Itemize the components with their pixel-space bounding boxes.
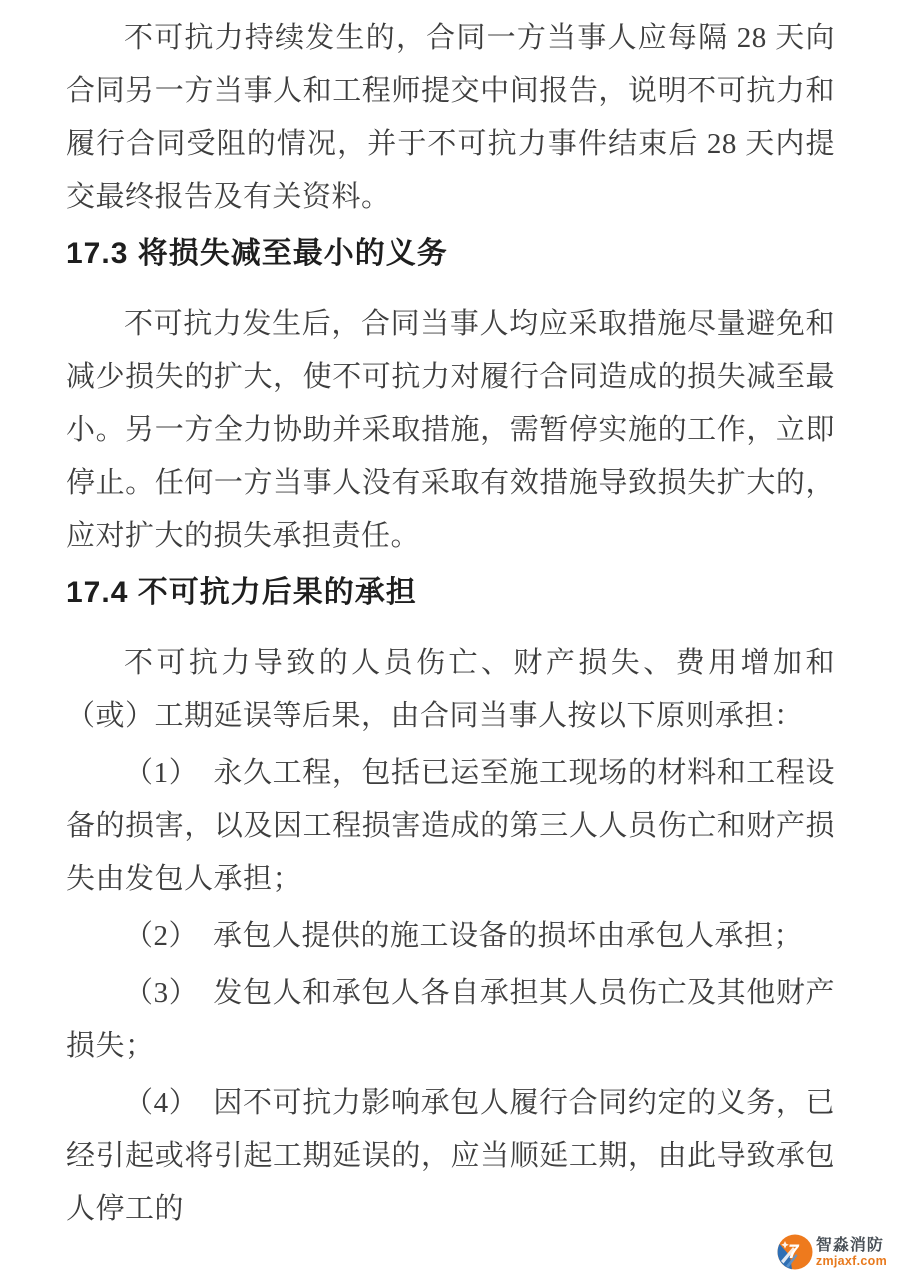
watermark-site-url: zmjaxf.com	[816, 1254, 887, 1268]
watermark-text: 智淼消防 zmjaxf.com	[816, 1237, 887, 1268]
svg-text:7: 7	[788, 1242, 800, 1263]
section-heading-17-4: 17.4 不可抗力后果的承担	[66, 571, 835, 615]
paragraph-minimize-losses: 不可抗力发生后，合同当事人均应采取措施尽量避免和减少损失的扩大，使不可抗力对履行…	[66, 298, 835, 563]
watermark: 7 智淼消防 zmjaxf.com	[777, 1234, 887, 1270]
list-item-2-contractor-equipment: （2） 承包人提供的施工设备的损坏由承包人承担；	[66, 910, 835, 963]
paragraph-force-majeure-reporting: 不可抗力持续发生的，合同一方当事人应每隔 28 天向合同另一方当事人和工程师提交…	[66, 12, 835, 224]
section-heading-17-3: 17.3 将损失减至最小的义务	[66, 232, 835, 276]
watermark-brand-name: 智淼消防	[816, 1237, 887, 1254]
list-item-3-respective-casualties: （3） 发包人和承包人各自承担其人员伤亡及其他财产损失；	[66, 967, 835, 1073]
document-page: 不可抗力持续发生的，合同一方当事人应每隔 28 天向合同另一方当事人和工程师提交…	[0, 0, 899, 1274]
paragraph-consequences-intro: 不可抗力导致的人员伤亡、财产损失、费用增加和（或）工期延误等后果，由合同当事人按…	[66, 637, 835, 743]
list-item-4-schedule-delay: （4） 因不可抗力影响承包人履行合同约定的义务，已经引起或将引起工期延误的，应当…	[66, 1077, 835, 1236]
list-item-1-permanent-works: （1） 永久工程，包括已运至施工现场的材料和工程设备的损害，以及因工程损害造成的…	[66, 747, 835, 906]
brand-logo-icon: 7	[777, 1234, 813, 1270]
